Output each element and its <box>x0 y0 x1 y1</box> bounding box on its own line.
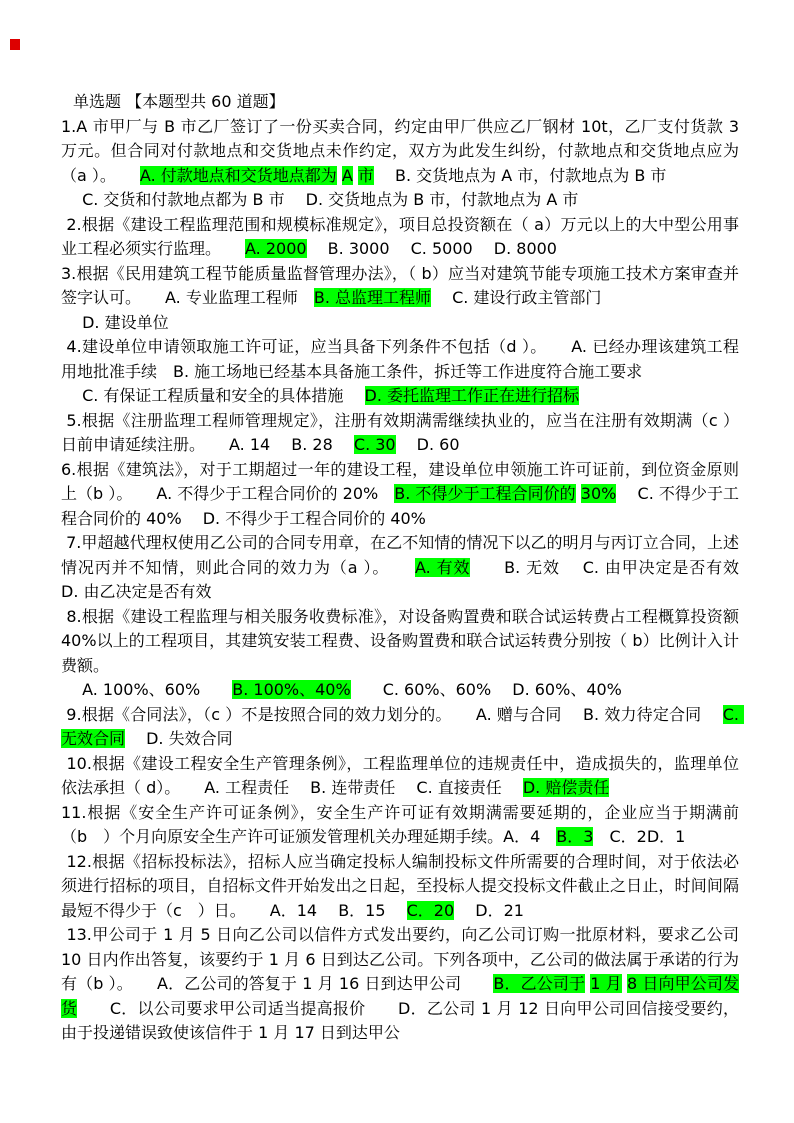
highlighted-answer: D. 委托监理工作正在进行招标 <box>365 386 580 405</box>
question: 12.根据《招标投标法》，招标人应当确定投标人编制投标文件所需要的合理时间，对于… <box>61 850 739 924</box>
highlighted-answer: 30% <box>581 484 617 503</box>
highlighted-answer: 市 <box>358 166 374 185</box>
question: 3.根据《民用建筑工程节能质量监督管理办法》，（ b）应当对建筑节能专项施工技术… <box>61 262 739 336</box>
question: 7.甲超越代理权使用乙公司的合同专用章，在乙不知情的情况下以乙的明月与丙订立合同… <box>61 531 739 605</box>
highlighted-answer: B．3 <box>556 827 593 846</box>
question-text: D. 60 <box>396 435 460 454</box>
highlighted-answer: B. 总监理工程师 <box>314 288 431 307</box>
highlighted-answer: B. 不得少于工程合同价的 <box>394 484 575 503</box>
exam-document: 单选题 【本题型共 60 道题】 1.A 市甲厂与 B 市乙厂签订了一份买卖合同… <box>61 90 739 1046</box>
highlighted-answer: B．乙公司于 <box>493 974 585 993</box>
question-text: B. 3000 C. 5000 D. 8000 <box>307 239 557 258</box>
question: 8.根据《建设工程监理与相关服务收费标准》，对设备购置费和联合试运转费占工程概算… <box>61 605 739 703</box>
question-text: C．以公司要求甲公司适当提高报价 D．乙公司 1 月 12 日向甲公司回信接受要… <box>61 999 739 1043</box>
question-text: D．21 <box>454 901 524 920</box>
highlighted-answer: C. 30 <box>354 435 396 454</box>
question: 13.甲公司于 1 月 5 日向乙公司以信件方式发出要约，向乙公司订购一批原材料… <box>61 923 739 1046</box>
question-text: 9.根据《合同法》，（c ）不是按照合同的效力划分的。 A. 赠与合同 B. 效… <box>61 705 723 724</box>
highlighted-answer: C．20 <box>407 901 455 920</box>
highlighted-answer: A. 付款地点和交货地点都为 <box>140 166 337 185</box>
highlighted-answer: A. 有效 <box>415 558 470 577</box>
question: 9.根据《合同法》，（c ）不是按照合同的效力划分的。 A. 赠与合同 B. 效… <box>61 703 739 752</box>
highlighted-answer: A. 2000 <box>245 239 307 258</box>
page-title: 单选题 【本题型共 60 道题】 <box>61 90 739 115</box>
question-text: C. 60%、60% D. 60%、40% <box>351 680 622 699</box>
question: 5.根据《注册监理工程师管理规定》，注册有效期满需继续执业的，应当在注册有效期满… <box>61 409 739 458</box>
question: 6.根据《建筑法》，对于工期超过一年的建设工程，建设单位申领施工许可证前，到位资… <box>61 458 739 532</box>
corner-marker <box>10 39 20 50</box>
highlighted-answer: B. 100%、40% <box>232 680 350 699</box>
highlighted-answer: 1 月 <box>590 974 622 993</box>
question-text: 12.根据《招标投标法》，招标人应当确定投标人编制投标文件所需要的合理时间，对于… <box>61 852 739 920</box>
question-list: 1.A 市甲厂与 B 市乙厂签订了一份买卖合同，约定由甲厂供应乙厂钢材 10t，… <box>61 115 739 1046</box>
question: 10.根据《建设工程安全生产管理条例》，工程监理单位的违规责任中，造成损失的，监… <box>61 752 739 801</box>
question-text: D. 失效合同 <box>125 729 233 748</box>
highlighted-answer: A <box>342 166 353 185</box>
question-text: C．2D．1 <box>593 827 685 846</box>
question: 2.根据《建设工程监理范围和规模标准规定》，项目总投资额在（ a）万元以上的大中… <box>61 213 739 262</box>
question: 4.建设单位申请领取施工许可证，应当具备下列条件不包括（d ）。 A. 已经办理… <box>61 335 739 409</box>
question: 1.A 市甲厂与 B 市乙厂签订了一份买卖合同，约定由甲厂供应乙厂钢材 10t，… <box>61 115 739 213</box>
question: 11.根据《安全生产许可证条例》，安全生产许可证有效期满需要延期的，企业应当于期… <box>61 801 739 850</box>
question-text: 10.根据《建设工程安全生产管理条例》，工程监理单位的违规责任中，造成损失的，监… <box>61 754 739 798</box>
highlighted-answer: D. 赔偿责任 <box>523 778 610 797</box>
